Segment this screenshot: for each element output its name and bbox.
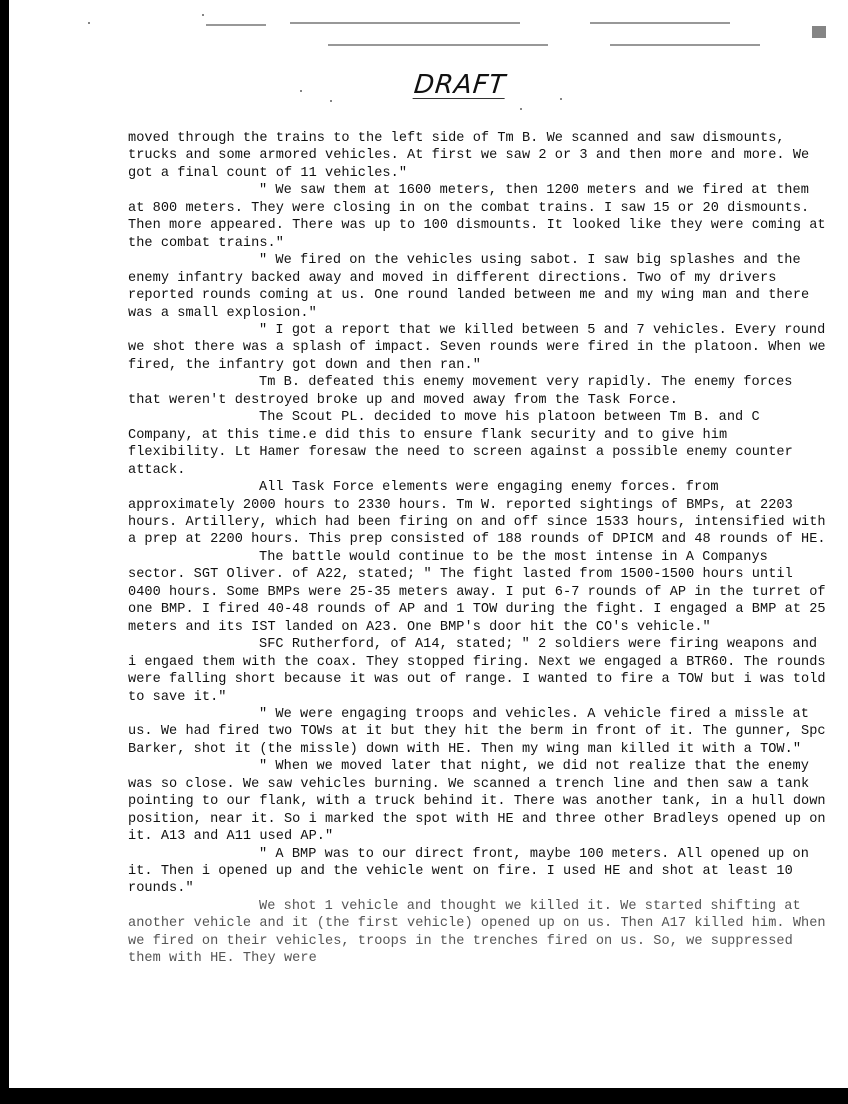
paragraph: Tm B. defeated this enemy movement very … [128, 374, 828, 409]
paragraph: moved through the trains to the left sid… [128, 130, 828, 182]
paragraph: " We saw them at 1600 meters, then 1200 … [128, 182, 828, 252]
paragraph: The Scout PL. decided to move his platoo… [128, 409, 828, 479]
paragraph: SFC Rutherford, of A14, stated; " 2 sold… [128, 636, 828, 706]
paragraph: " We were engaging troops and vehicles. … [128, 706, 828, 758]
paragraph: All Task Force elements were engaging en… [128, 479, 828, 549]
draft-stamp: DRAFT [413, 72, 508, 99]
scan-bottom-border [0, 1088, 848, 1104]
paragraph: " We fired on the vehicles using sabot. … [128, 252, 828, 322]
paragraph: " When we moved later that night, we did… [128, 758, 828, 845]
document-body: moved through the trains to the left sid… [128, 130, 828, 968]
paragraph: " I got a report that we killed between … [128, 322, 828, 374]
paragraph: The battle would continue to be the most… [128, 549, 828, 636]
paragraph: " A BMP was to our direct front, maybe 1… [128, 846, 828, 898]
header-scan-noise [0, 0, 848, 120]
paragraph: We shot 1 vehicle and thought we killed … [128, 898, 828, 968]
scan-left-border [0, 0, 9, 1104]
